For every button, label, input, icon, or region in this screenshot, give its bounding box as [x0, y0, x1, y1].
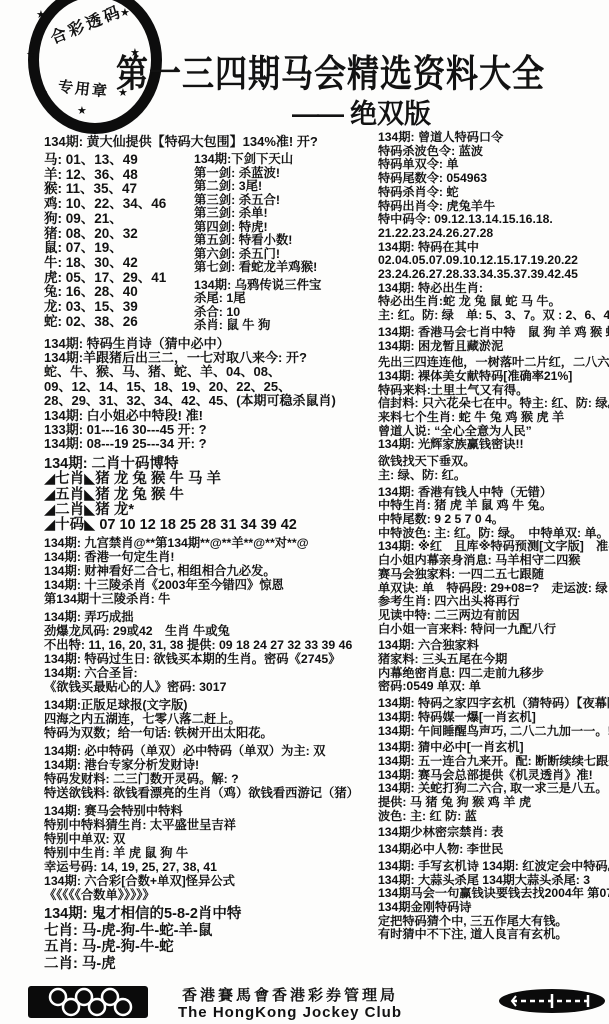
right-column-line: 中特尾数: 9 2 5 7 0 4。 [378, 513, 609, 527]
content-columns: 134期: 黄大仙提供【特码大包围】134%准! 开? 马: 01、13、49羊… [44, 131, 609, 981]
right-column-line: 134期金刚特码诗 [378, 901, 609, 915]
sword-kill-row: 第四剑: 特虎! [194, 221, 376, 235]
right-column-line: 赛马会独家料: 一四二五七跟随 [378, 568, 609, 582]
footer-english-title: The HongKong Jockey Club [150, 1004, 430, 1021]
footer: 香港賽馬會香港彩券管理局 The HongKong Jockey Club [0, 982, 609, 1024]
right-column-line: 02.04.05.07.09.10.12.15.17.19.20.22 [378, 254, 609, 268]
right-column: 134期: 曾道人特码口令特码杀波色令: 蓝波特码单双令: 单特码尾数令: 05… [378, 131, 609, 942]
right-column-line: 21.22.23.24.26.27.28 [378, 227, 609, 241]
sword-kill-row: 杀尾: 1尾 [194, 292, 376, 306]
left-misc-line: 134期:正版足球报(文字版) [44, 698, 376, 712]
right-column-line: 134期马会一句赢钱诀要钱去找2004年 第074期 [378, 887, 609, 901]
xiao582-line: 二肖: 马-虎 [44, 956, 376, 973]
right-column-line: 134期: 特码在其中 [378, 241, 609, 255]
poem-line: 09、12、14、15、18、19、20、22、25、 [44, 380, 376, 394]
sword-kill-row: 134期:下剑下天山 [194, 153, 376, 167]
zodiac-number-row: 兔: 16、28、40 [44, 285, 194, 300]
right-column-line: 134期: 曾道人特码口令 [378, 131, 609, 145]
right-column-line: 134期: 香港马会七肖中特 鼠 狗 羊 鸡 猴 蛇 牛 [378, 326, 609, 340]
left-misc-line: 134期: 财神看好二合七, 相组相合九必发。 [44, 564, 376, 578]
right-column-line: 猪家料: 三头五尾在今期 [378, 653, 609, 667]
left-misc-line: 134期: 弄巧成拙 [44, 610, 376, 624]
subtitle-dash: —— [292, 99, 342, 129]
right-column-line: 白小姐一言来料: 特问一九配八行 [378, 623, 609, 637]
right-column-line: 134期: 困龙暂且藏淤泥 [378, 340, 609, 354]
right-column-line: 134期: 猜中必中[一肖玄机] [378, 741, 609, 755]
left-intro-line: 134期: 黄大仙提供【特码大包围】134%准! 开? [44, 131, 376, 150]
xiao-code-line: ◢七肖◣猪 龙 兔 猴 牛 马 羊 [44, 472, 376, 487]
right-column-line: 欲钱找天下垂双。 [378, 455, 609, 469]
sword-kill-row: 第三剑: 杀五合! [194, 194, 376, 208]
right-column-line: 134期: 午间睡醒鸟声巧, 二八二九加一一。!!开 (??? [378, 725, 609, 739]
star-icon: ★ [36, 8, 46, 21]
right-column-line: 密码:0549 单双: 单 [378, 680, 609, 694]
zodiac-number-block: 马: 01、13、49羊: 12、36、48猴: 11、35、47鸡: 10、2… [44, 153, 376, 333]
left-misc-line: 特送欲钱料: 欲钱看漂亮的生肖（鸡）欲钱看西游记（猪） [44, 786, 376, 800]
right-column-line: 主: 绿、防: 红。 [378, 469, 609, 483]
footer-titles: 香港賽馬會香港彩券管理局 The HongKong Jockey Club [150, 984, 430, 1021]
right-column-line: 特码尾数令: 054963 [378, 172, 609, 186]
left-misc-line: 134期: 六合圣旨: [44, 666, 376, 680]
zodiac-number-row: 牛: 18、30、42 [44, 256, 194, 271]
left-misc-line: 《欲钱买最贴心的人》密码: 3017 [44, 680, 376, 694]
left-misc-line: 劲爆龙凤码: 29或42 生肖 牛或兔 [44, 624, 376, 638]
left-misc-line: 四海之内五湖连，七零八落二赶上。 [44, 712, 376, 726]
xiao-code-line: ◢五肖◣猪 龙 兔 猴 牛 [44, 488, 376, 503]
right-column-line: 特码杀肖令: 蛇 [378, 186, 609, 200]
right-column-line: 参考生肖: 四六出头将再行 [378, 595, 609, 609]
poem-line: 134期: 特码生肖诗（猜中必中） [44, 337, 376, 351]
sword-kill-row: 杀肖: 鼠 牛 狗 [194, 319, 376, 333]
right-column-line: 134期: 裸体美女献特码[准确率21%] [378, 370, 609, 384]
right-column-line: 134期: 手写玄机诗 134期: 红波定会中特码。 [378, 860, 609, 874]
left-misc-line: 134期: 十三陵杀肖《2003年至今错四》惊恩 [44, 578, 376, 592]
five-eight-two-xiao-block: 134期: 鬼才相信的5-8-2肖中特七肖: 马-虎-狗-牛-蛇-羊-鼠五肖: … [44, 906, 376, 973]
zodiac-number-row: 龙: 03、15、39 [44, 300, 194, 315]
right-column-line: 见读中特: 二三两边有前因 [378, 609, 609, 623]
footer-chinese-title: 香港賽馬會香港彩券管理局 [150, 984, 430, 1005]
left-misc-line: 《《《《《合数单》》》》》 [44, 888, 376, 902]
right-column-line: 23.24.26.27.28.33.34.35.37.39.42.45 [378, 268, 609, 282]
left-misc-line: 特码为双数；给一句话: 铁树开出太阳花。 [44, 726, 376, 740]
right-column-line: 先出三四连连他，一树落叶二片红，二八六合必定中。 [378, 356, 609, 370]
right-column-line: 134期: 特码之家四字玄机（猜特码）【夜幕降临】 [378, 697, 609, 711]
right-column-line: 134期: 特码媒一爆[一肖玄机] [378, 711, 609, 725]
right-column-line: 有时猜中不下注, 道人良言有玄机。 [378, 928, 609, 942]
left-misc-line: 特码发财料: 二三门数开灵码。解: ? [44, 772, 376, 786]
zodiac-number-row: 狗: 09、21、 [44, 212, 194, 227]
left-misc-line: 特别中单双: 双 [44, 832, 376, 846]
left-misc-line: 幸运号码: 14, 19, 25, 27, 38, 41 [44, 860, 376, 874]
right-column-line: 134期必中人物: 李世民 [378, 843, 609, 857]
star-icon: ★ [76, 0, 86, 1]
right-column-line: 特中码令: 09.12.13.14.15.16.18. [378, 213, 609, 227]
zodiac-number-row: 蛇: 02、38、26 [44, 315, 194, 330]
scanned-lottery-leaflet: ★ ★ ★ ★ ★ ★ ★ ★ 合彩透码 专用章 第一三四期马会精选资料大全 —… [0, 0, 609, 1024]
subtitle-text: 绝双版 [350, 99, 431, 129]
right-column-line: 中特生肖: 猪 虎 羊 鼠 鸡 牛 兔。 [378, 499, 609, 513]
page-subtitle: ——绝双版 [292, 92, 431, 131]
right-column-line: 主: 红。防: 绿 单: 5、3、7。双 : 2、6、4 [378, 309, 609, 323]
sword-kill-row: 第一剑: 杀蓝波! [194, 167, 376, 181]
left-column: 134期: 黄大仙提供【特码大包围】134%准! 开? 马: 01、13、49羊… [44, 131, 376, 973]
left-misc-line: 不出特: 11, 16, 20, 31, 38 提供: 09 18 24 27 … [44, 638, 376, 652]
right-column-line: 134期少林密宗禁肖: 表 [378, 826, 609, 840]
zodiac-number-row: 猪: 08、20、32 [44, 227, 194, 242]
poem-line: 133期: 01---16 30---45 开: ? [44, 423, 376, 437]
sword-kill-row: 第六剑: 杀五门! [194, 248, 376, 262]
poem-line: 蛇、牛、猴、马、猪、蛇、羊、04、08、 [44, 365, 376, 379]
zodiac-poem-block: 134期: 特码生肖诗（猜中必中）134期:羊跟猪后出三二，一七对取八来今: 开… [44, 337, 376, 452]
left-misc-line: 134期: 香港一句定生肖! [44, 550, 376, 564]
left-misc-line: 134期: 九宫禁肖@**第134期**@**羊**@**对**@ [44, 536, 376, 550]
page-title: 第一三四期马会精选资料大全 [116, 44, 545, 98]
zodiac-number-row: 鸡: 10、22、34、46 [44, 197, 194, 212]
left-misc-line: 特别中特料猜生肖: 太平盛世呈吉祥 [44, 818, 376, 832]
two-xiao-ten-code-block: 134期: 二肖十码博特◢七肖◣猪 龙 兔 猴 牛 马 羊◢五肖◣猪 龙 兔 猴… [44, 457, 376, 534]
left-misc-line: 134期: 港台专家分析发财诗! [44, 758, 376, 772]
poem-line: 134期: 08---19 25---34 开: ? [44, 437, 376, 451]
xiao582-line: 七肖: 马-虎-狗-牛-蛇-羊-鼠 [44, 923, 376, 940]
sword-kill-row: 第五剑: 特看小数! [194, 234, 376, 248]
right-column-line: 白小姐内幕亲身消息: 马羊相守二四猴 [378, 554, 609, 568]
xiao-code-line: ◢十码◣ 07 10 12 18 25 28 31 34 39 42 [44, 518, 376, 533]
left-misc-line: 134期: 六合彩[合数+单双]怪异公式 [44, 874, 376, 888]
right-column-line: 来料七个生肖: 蛇 牛 兔 鸡 猴 虎 羊 [378, 411, 609, 425]
left-misc-line: 134期: 特码过生日: 欲钱买本期的生肖。密码《2745》 [44, 652, 376, 666]
left-misc-line: 第134期十三陵杀肖: 牛 [44, 592, 376, 606]
xiao582-line: 五肖: 马-虎-狗-牛-蛇 [44, 939, 376, 956]
zodiac-number-list: 马: 01、13、49羊: 12、36、48猴: 11、35、47鸡: 10、2… [44, 153, 194, 333]
xiao582-line: 134期: 鬼才相信的5-8-2肖中特 [44, 906, 376, 923]
right-column-line: 134期: 六合独家料 [378, 639, 609, 653]
zodiac-number-row: 猴: 11、35、47 [44, 182, 194, 197]
xiao-code-line: 134期: 二肖十码博特 [44, 457, 376, 472]
star-icon: ★ [77, 104, 87, 117]
poem-line: 134期: 白小姐必中特段! 准! [44, 409, 376, 423]
right-column-line: 信封料: 只六花朵七在中。特主: 红、防: 绿。 [378, 397, 609, 411]
poem-line: 134期:羊跟猪后出三二，一七对取八来今: 开? [44, 351, 376, 365]
right-column-line: 134期: 关蛇打狗二六合, 取一求三是八五。 [378, 782, 609, 796]
poem-line: 28、29、31、32、34、42、45、(本期可稳杀鼠肖) [44, 394, 376, 408]
left-misc-line: 134期: 必中特码（单双）必中特码（单双）为主: 双 [44, 744, 376, 758]
footer-seal-icon [498, 988, 606, 1019]
left-misc-line: 特别中生肖: 羊 虎 鼠 狗 牛 [44, 846, 376, 860]
left-misc-line: 134期: 赛马会特别中特料 [44, 804, 376, 818]
right-column-line: 134期: 五一连合九来开。配: 断断续续七跟来。 [378, 755, 609, 769]
zodiac-number-row: 马: 01、13、49 [44, 153, 194, 168]
star-icon: ★ [26, 48, 36, 61]
sword-kill-list: 134期:下剑下天山第一剑: 杀蓝波!第二剑: 3尾!第三剑: 杀五合!第三剑:… [194, 153, 376, 333]
sword-kill-row: 第七剑: 看蛇龙羊鸡猴! [194, 261, 376, 275]
star-icon: ★ [38, 86, 48, 99]
jockey-club-logo-icon [28, 986, 148, 1023]
right-column-line: 提供: 马 猪 兔 狗 猴 鸡 羊 虎 [378, 796, 609, 810]
sword-kill-row: 第二剑: 3尾! [194, 180, 376, 194]
sword-kill-row: 134期: 乌鸦传说三件宝 [194, 279, 376, 293]
sword-kill-row: 杀合: 10 [194, 306, 376, 320]
sword-kill-row: 第三剑: 杀单! [194, 207, 376, 221]
right-column-line: 134期: 光辉家族赢钱密诀!! [378, 438, 609, 452]
zodiac-number-row: 鼠: 07、19、 [44, 241, 194, 256]
right-column-line: 波色: 主: 红 防: 蓝 [378, 810, 609, 824]
left-misc-block: 134期: 九宫禁肖@**第134期**@**羊**@**对**@134期: 香… [44, 536, 376, 902]
